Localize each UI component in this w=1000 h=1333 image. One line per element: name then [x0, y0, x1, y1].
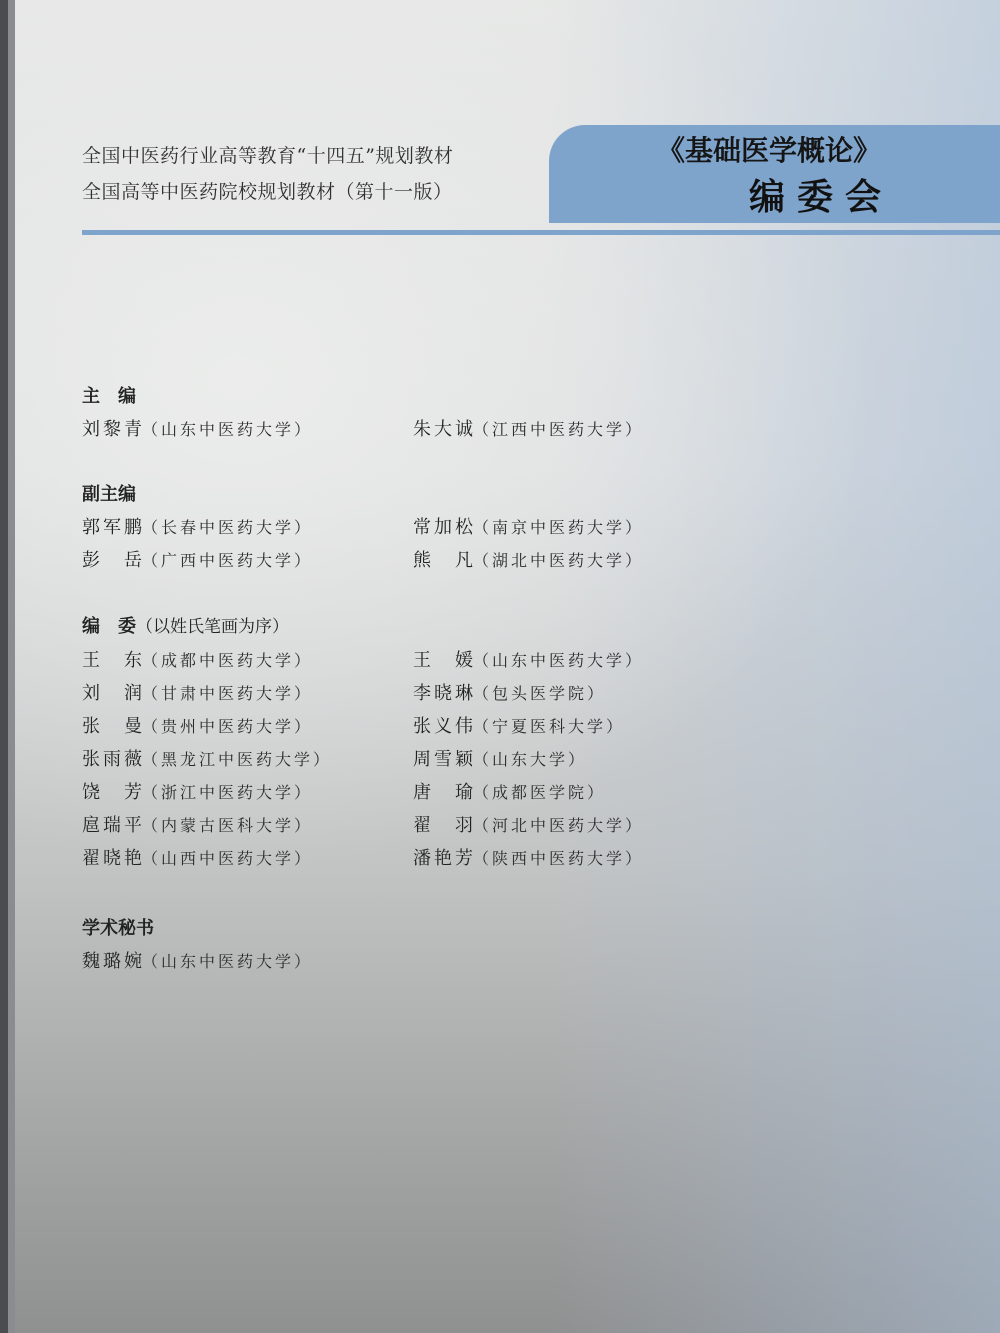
- editor-entry: 朱大诚（江西中医药大学）: [413, 413, 644, 446]
- editor-entry: 翟晓艳（山西中医药大学）: [82, 842, 313, 875]
- series-line-1: 全国中医药行业高等教育“十四五”规划教材: [82, 138, 453, 174]
- editor-entry: 刘 润（甘肃中医药大学）: [82, 677, 313, 710]
- editor-entry: 魏璐婉（山东中医药大学）: [82, 945, 313, 978]
- editor-entry: 王 东（成都中医药大学）: [82, 644, 313, 677]
- title-band: 《基础医学概论》 编委会: [549, 125, 1000, 223]
- list-row: 张雨薇（黑龙江中医药大学） 周雪颖（山东大学）: [82, 743, 289, 776]
- list-row: 刘黎青（山东中医药大学） 朱大诚（江西中医药大学）: [82, 413, 136, 446]
- editor-entry: 饶 芳（浙江中医药大学）: [82, 776, 313, 809]
- list-row: 郭军鹏（长春中医药大学） 常加松（南京中医药大学）: [82, 511, 136, 544]
- list-row: 刘 润（甘肃中医药大学） 李晓琳（包头医学院）: [82, 677, 289, 710]
- list-row: 王 东（成都中医药大学） 王 媛（山东中医药大学）: [82, 644, 289, 677]
- section-chief-editors: 主 编 刘黎青（山东中医药大学） 朱大诚（江西中医药大学）: [82, 380, 136, 446]
- editor-entry: 郭军鹏（长春中医药大学）: [82, 511, 313, 544]
- editor-entry: 潘艳芳（陕西中医药大学）: [413, 842, 644, 875]
- editor-entry: 周雪颖（山东大学）: [413, 743, 587, 776]
- section-heading: 主 编: [82, 380, 136, 413]
- section-deputy-editors: 副主编 郭军鹏（长春中医药大学） 常加松（南京中医药大学） 彭 岳（广西中医药大…: [82, 478, 136, 577]
- list-row: 彭 岳（广西中医药大学） 熊 凡（湖北中医药大学）: [82, 544, 136, 577]
- series-line-2: 全国高等中医药院校规划教材（第十一版）: [82, 174, 453, 210]
- editor-entry: 李晓琳（包头医学院）: [413, 677, 606, 710]
- list-row: 扈瑞平（内蒙古医科大学） 翟 羽（河北中医药大学）: [82, 809, 289, 842]
- page-edge-shadow: [0, 0, 8, 1333]
- section-members: 编 委（以姓氏笔画为序） 王 东（成都中医药大学） 王 媛（山东中医药大学） 刘…: [82, 610, 289, 875]
- editor-entry: 张雨薇（黑龙江中医药大学）: [82, 743, 332, 776]
- section-heading: 学术秘书: [82, 912, 154, 945]
- editor-entry: 张 曼（贵州中医药大学）: [82, 710, 313, 743]
- section-secretary: 学术秘书 魏璐婉（山东中医药大学）: [82, 912, 154, 978]
- ordering-note: （以姓氏笔画为序）: [136, 617, 289, 637]
- editor-entry: 翟 羽（河北中医药大学）: [413, 809, 644, 842]
- editor-entry: 刘黎青（山东中医药大学）: [82, 413, 313, 446]
- editor-entry: 张义伟（宁夏医科大学）: [413, 710, 625, 743]
- book-title: 《基础医学概论》: [657, 129, 881, 169]
- list-row: 饶 芳（浙江中医药大学） 唐 瑜（成都医学院）: [82, 776, 289, 809]
- list-row: 魏璐婉（山东中医药大学）: [82, 945, 154, 978]
- editor-entry: 常加松（南京中医药大学）: [413, 511, 644, 544]
- editor-entry: 唐 瑜（成都医学院）: [413, 776, 606, 809]
- editor-entry: 彭 岳（广西中医药大学）: [82, 544, 313, 577]
- page-edge: [8, 0, 15, 1333]
- editor-entry: 熊 凡（湖北中医药大学）: [413, 544, 644, 577]
- series-header: 全国中医药行业高等教育“十四五”规划教材 全国高等中医药院校规划教材（第十一版）: [82, 138, 453, 210]
- page-heading: 编委会: [749, 169, 893, 220]
- list-row: 张 曼（贵州中医药大学） 张义伟（宁夏医科大学）: [82, 710, 289, 743]
- section-heading: 编 委（以姓氏笔画为序）: [82, 610, 289, 644]
- list-row: 翟晓艳（山西中医药大学） 潘艳芳（陕西中医药大学）: [82, 842, 289, 875]
- editor-entry: 扈瑞平（内蒙古医科大学）: [82, 809, 313, 842]
- section-heading: 副主编: [82, 478, 136, 511]
- header-divider: [82, 230, 1000, 235]
- editor-entry: 王 媛（山东中医药大学）: [413, 644, 644, 677]
